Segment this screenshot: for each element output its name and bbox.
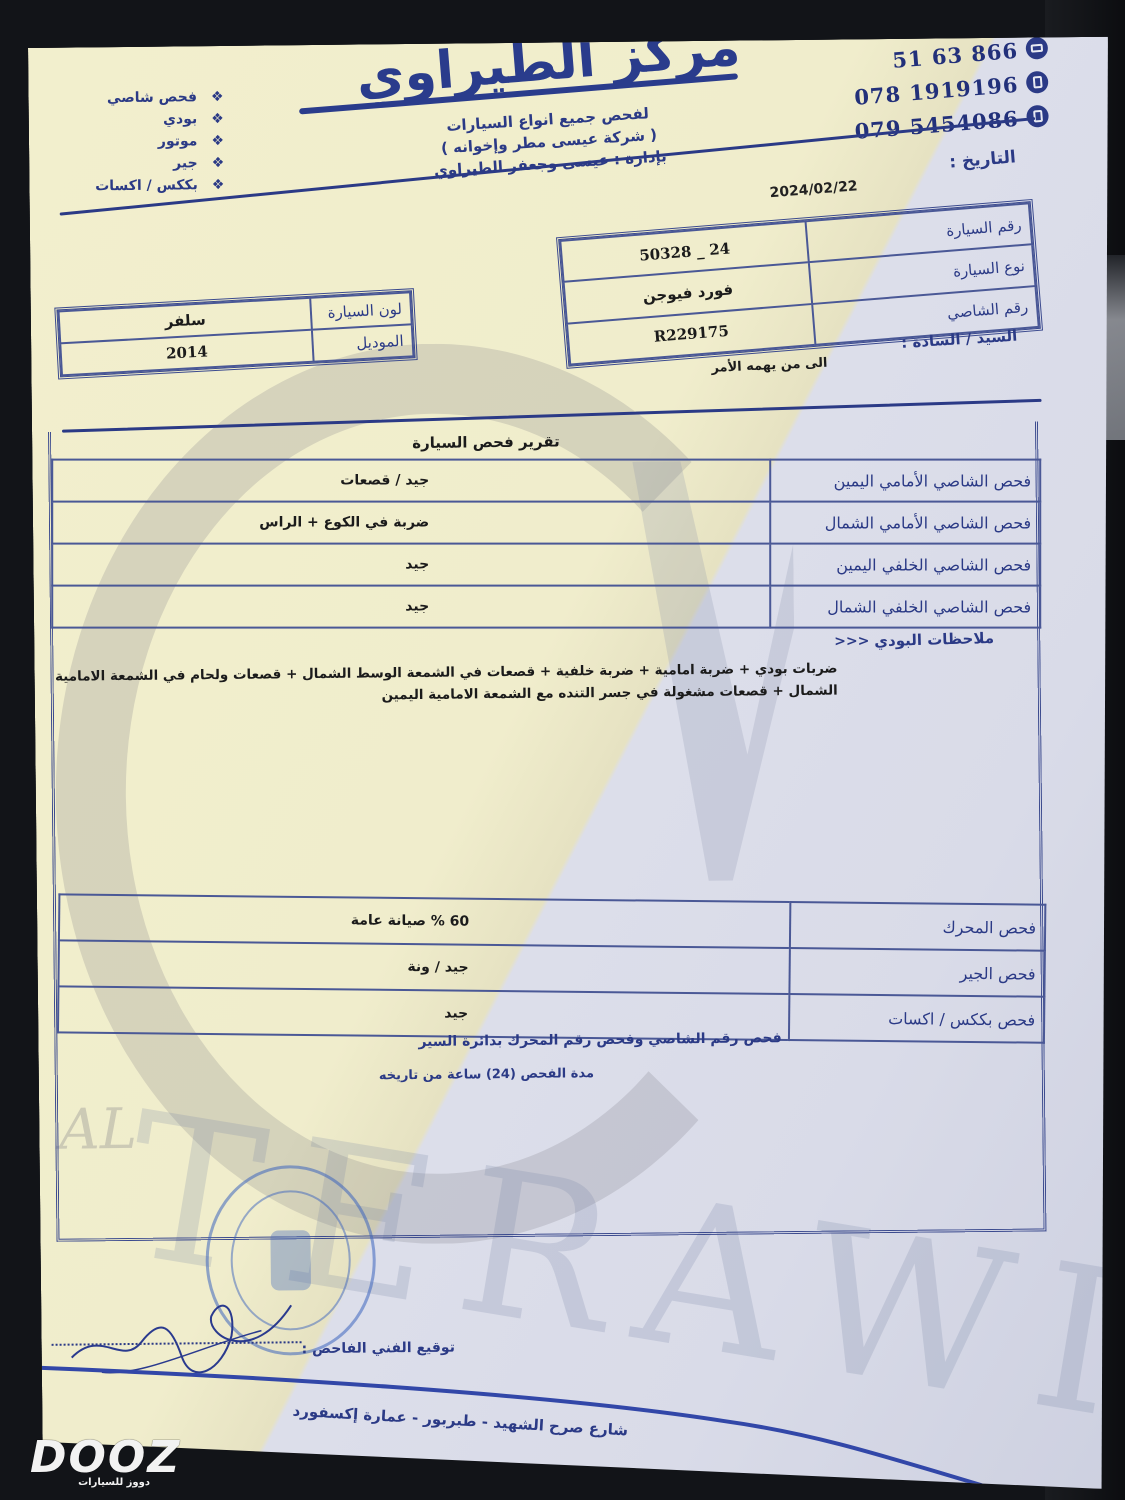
bullet-icon: ❖ [212,155,225,171]
check-value: ضربة في الكوع + الراس [52,502,770,544]
service-item: ❖ جير [74,152,224,176]
check-label: فحص الجير [789,948,1044,997]
service-label: فحص شاصي [107,89,197,106]
table-row: فحص الشاصي الخلفي الشمال جيد [52,586,1040,628]
arrow-icon: >>> [834,633,869,649]
fax-icon [1025,37,1049,60]
note-validity: مدة الفحص (24) ساعة من تاريخه [379,1066,594,1083]
stamp-emblem [270,1230,311,1290]
check-value: 60 % صيانة عامة [59,894,790,948]
check-value: جيد [52,544,770,586]
check-label: فحص الشاصي الأمامي الشمال [770,502,1040,544]
bullet-icon: ❖ [211,111,224,127]
check-value: جيد / ونة [58,940,789,994]
service-label: موتور [158,133,198,149]
service-item: ❖ فحص شاصي [73,86,223,110]
service-label: جير [173,155,198,171]
service-label: بودي [163,111,197,127]
bullet-icon: ❖ [211,133,224,149]
check-label: فحص الشاصي الخلفي اليمين [770,544,1040,586]
recipient-value: الى من يهمه الأمر [711,356,828,376]
check-value: جيد [52,586,770,628]
table-row: فحص الشاصي الخلفي اليمين جيد [52,544,1040,586]
car-model-label: الموديل [312,324,414,361]
inspection-report-document: AL TERAWI ❖ فحص شاصي ❖ بودي ❖ موتور ❖ جي… [28,37,1123,1500]
service-label: بككس / اكسات [95,177,198,194]
service-item: ❖ بككس / اكسات [74,174,224,198]
check-label: فحص الشاصي الأمامي اليمين [770,460,1040,502]
brand-header: مركز الطيراوي لفحص جميع انواع السيارات (… [258,37,839,178]
check-label: فحص الشاصي الخلفي الشمال [770,586,1040,628]
overlay-logo: DOOZ دووز للسيارات [30,1432,190,1488]
body-notes-label: ملاحظات البودي [874,629,994,650]
service-item: ❖ بودي [74,108,224,132]
check-label: فحص بككس / اكسات [789,994,1044,1043]
mechanical-checks-table: فحص المحرك 60 % صيانة عامة فحص الجير جيد… [57,893,1046,1043]
table-row: فحص الشاصي الأمامي الشمال ضربة في الكوع … [52,502,1040,544]
mobile-icon [1026,104,1050,128]
logo-mark: DOOZ [30,1432,190,1483]
phone-number: 079 5454086 [854,105,1020,143]
check-label: فحص المحرك [790,902,1045,951]
service-item: ❖ موتور [74,130,224,154]
bullet-icon: ❖ [212,177,225,193]
bullet-icon: ❖ [211,89,224,105]
report-title: تقرير فحص السيارة [412,432,560,452]
phone-number: 51 63 866 [891,37,1019,72]
mobile-icon [1025,70,1049,94]
date-label: التاريخ : [949,147,1017,172]
date-value: 2024/02/22 [769,178,858,201]
table-row: فحص الشاصي الأمامي اليمين جيد / قصعات [52,460,1040,502]
chassis-checks-table: فحص الشاصي الأمامي اليمين جيد / قصعات فح… [51,459,1041,629]
check-value: جيد / قصعات [52,460,770,502]
services-list: ❖ فحص شاصي ❖ بودي ❖ موتور ❖ جير ❖ بككس /… [73,86,224,198]
